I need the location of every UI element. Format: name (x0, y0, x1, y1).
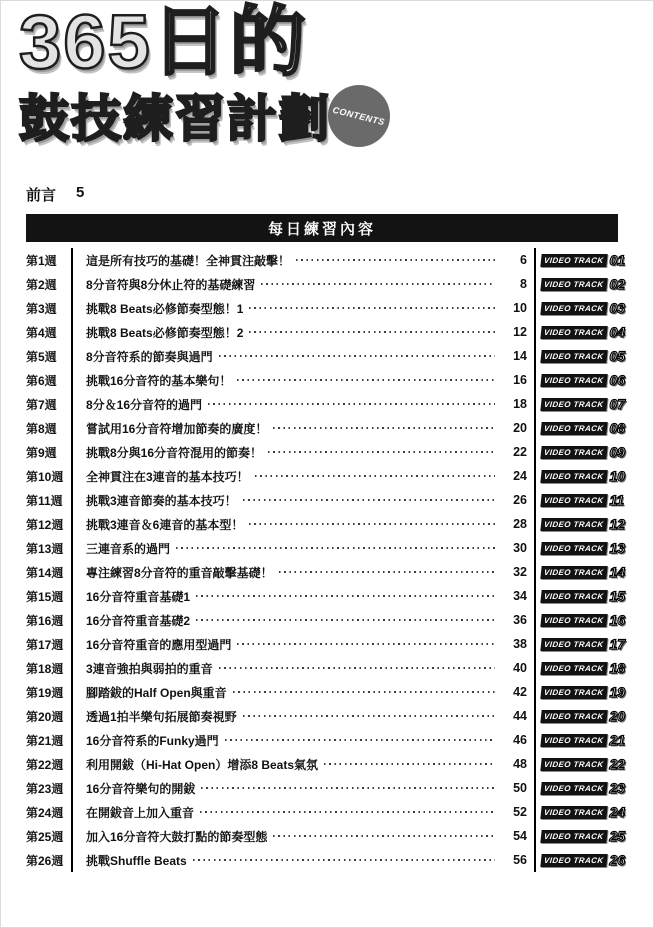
entry-title: 16分音符重音基礎1 (86, 588, 190, 605)
video-track-cell: VIDEO TRACK 04 (534, 320, 649, 344)
video-track-number: 22 (610, 756, 626, 772)
toc-entry: 這是所有技巧的基礎！全神貫注敲擊！ 6 (71, 248, 534, 272)
week-label: 第23週 (26, 776, 71, 800)
week-label: 第11週 (26, 488, 71, 512)
video-track-badge: VIDEO TRACK 21 (541, 732, 625, 748)
preface-row: 前言 5 (26, 184, 84, 205)
entry-page-number: 48 (501, 757, 527, 771)
video-track-number: 06 (610, 372, 626, 388)
toc-row: 第10週 全神貫注在3連音的基本技巧！ 24 VIDEO TRACK 10 (26, 464, 649, 488)
video-track-number: 15 (610, 588, 626, 604)
toc-entry: 挑戰8 Beats必修節奏型態！2 12 (71, 320, 534, 344)
week-label-text: 第22週 (26, 756, 63, 773)
week-label: 第18週 (26, 656, 71, 680)
video-track-cell: VIDEO TRACK 21 (534, 728, 649, 752)
entry-page-number: 10 (501, 301, 527, 315)
entry-page-number: 40 (501, 661, 527, 675)
toc-entry: 3連音強拍與弱拍的重音 40 (71, 656, 534, 680)
toc-row: 第5週 8分音符系的節奏與過門 14 VIDEO TRACK 05 (26, 344, 649, 368)
video-track-cell: VIDEO TRACK 12 (534, 512, 649, 536)
video-track-number: 11 (610, 492, 625, 508)
toc-entry: 加入16分音符大鼓打點的節奏型態 54 (71, 824, 534, 848)
week-label: 第15週 (26, 584, 71, 608)
video-track-number: 21 (610, 732, 626, 748)
dot-leader (249, 307, 495, 309)
video-track-label: VIDEO TRACK (540, 470, 607, 483)
entry-title: 全神貫注在3連音的基本技巧！ (86, 468, 249, 485)
video-track-number: 17 (610, 636, 626, 652)
week-label-text: 第26週 (26, 852, 63, 869)
entry-title: 挑戰16分音符的基本樂句！ (86, 372, 231, 389)
week-label: 第21週 (26, 728, 71, 752)
video-track-cell: VIDEO TRACK 01 (534, 248, 649, 272)
video-track-badge: VIDEO TRACK 07 (541, 396, 625, 412)
entry-title: 挑戰8 Beats必修節奏型態！1 (86, 300, 243, 317)
video-track-badge: VIDEO TRACK 24 (541, 804, 625, 820)
video-track-badge: VIDEO TRACK 09 (541, 444, 625, 460)
video-track-label: VIDEO TRACK (540, 806, 607, 819)
video-track-cell: VIDEO TRACK 03 (534, 296, 649, 320)
video-track-number: 05 (610, 348, 626, 364)
dot-leader (324, 763, 495, 765)
entry-title: 專注練習8分音符的重音敲擊基礎！ (86, 564, 273, 581)
entry-title: 在開鈸音上加入重音 (86, 804, 194, 821)
week-label: 第9週 (26, 440, 71, 464)
toc-row: 第2週 8分音符與8分休止符的基礎練習 8 VIDEO TRACK 02 (26, 272, 649, 296)
video-track-badge: VIDEO TRACK 13 (541, 540, 625, 556)
toc-entry: 利用開鈸（Hi-Hat Open）增添8 Beats氣氛 48 (71, 752, 534, 776)
week-label: 第5週 (26, 344, 71, 368)
toc-entry: 16分音符重音基礎2 36 (71, 608, 534, 632)
video-track-label: VIDEO TRACK (540, 446, 607, 459)
entry-page-number: 20 (501, 421, 527, 435)
entry-page-number: 16 (501, 373, 527, 387)
week-label-text: 第6週 (26, 372, 57, 389)
video-track-number: 16 (610, 612, 626, 628)
entry-page-number: 26 (501, 493, 527, 507)
week-label: 第22週 (26, 752, 71, 776)
toc-entry: 挑戰3連音＆6連音的基本型！ 28 (71, 512, 534, 536)
video-track-badge: VIDEO TRACK 03 (541, 300, 625, 316)
video-track-number: 23 (610, 780, 626, 796)
dot-leader (225, 739, 495, 741)
entry-title: 16分音符系的Funky過門 (86, 732, 219, 749)
toc-row: 第13週 三連音系的過門 30 VIDEO TRACK 13 (26, 536, 649, 560)
entry-title: 8分音符與8分休止符的基礎練習 (86, 276, 255, 293)
book-title: 365日的 鼓技練習計劃 (19, 5, 331, 144)
video-track-cell: VIDEO TRACK 22 (534, 752, 649, 776)
video-track-label: VIDEO TRACK (540, 710, 607, 723)
video-track-label: VIDEO TRACK (540, 782, 607, 795)
toc-row: 第16週 16分音符重音基礎2 36 VIDEO TRACK 16 (26, 608, 649, 632)
video-track-number: 20 (610, 708, 626, 724)
entry-page-number: 12 (501, 325, 527, 339)
video-track-number: 03 (610, 300, 626, 316)
video-track-cell: VIDEO TRACK 13 (534, 536, 649, 560)
dot-leader (193, 859, 495, 861)
week-label: 第10週 (26, 464, 71, 488)
video-track-number: 10 (610, 468, 626, 484)
week-label-text: 第24週 (26, 804, 63, 821)
week-label-text: 第8週 (26, 420, 57, 437)
week-label-text: 第17週 (26, 636, 63, 653)
week-label-text: 第5週 (26, 348, 57, 365)
video-track-cell: VIDEO TRACK 15 (534, 584, 649, 608)
toc-row: 第22週 利用開鈸（Hi-Hat Open）增添8 Beats氣氛 48 VID… (26, 752, 649, 776)
video-track-label: VIDEO TRACK (540, 254, 607, 267)
dot-leader (196, 595, 495, 597)
video-track-number: 19 (610, 684, 626, 700)
dot-leader (219, 355, 495, 357)
week-label-text: 第9週 (26, 444, 57, 461)
video-track-number: 01 (610, 252, 626, 268)
toc-entry: 16分音符樂句的開鈸 50 (71, 776, 534, 800)
video-track-cell: VIDEO TRACK 14 (534, 560, 649, 584)
dot-leader (219, 667, 495, 669)
video-track-badge: VIDEO TRACK 22 (541, 756, 625, 772)
video-track-number: 09 (610, 444, 626, 460)
video-track-number: 14 (610, 564, 626, 580)
dot-leader (243, 499, 495, 501)
toc-entry: 挑戰16分音符的基本樂句！ 16 (71, 368, 534, 392)
video-track-label: VIDEO TRACK (540, 830, 607, 843)
video-track-badge: VIDEO TRACK 05 (541, 348, 625, 364)
week-label: 第13週 (26, 536, 71, 560)
entry-title: 8分音符系的節奏與過門 (86, 348, 213, 365)
video-track-number: 24 (610, 804, 626, 820)
video-track-badge: VIDEO TRACK 20 (541, 708, 625, 724)
week-label: 第16週 (26, 608, 71, 632)
toc-row: 第23週 16分音符樂句的開鈸 50 VIDEO TRACK 23 (26, 776, 649, 800)
dot-leader (176, 547, 495, 549)
week-label-text: 第10週 (26, 468, 63, 485)
toc-entry: 全神貫注在3連音的基本技巧！ 24 (71, 464, 534, 488)
video-track-label: VIDEO TRACK (540, 590, 607, 603)
video-track-cell: VIDEO TRACK 24 (534, 800, 649, 824)
entry-page-number: 56 (501, 853, 527, 867)
video-track-badge: VIDEO TRACK 11 (541, 492, 624, 508)
video-track-number: 07 (610, 396, 626, 412)
week-label: 第4週 (26, 320, 71, 344)
toc-row: 第1週 這是所有技巧的基礎！全神貫注敲擊！ 6 VIDEO TRACK 01 (26, 248, 649, 272)
entry-title: 3連音強拍與弱拍的重音 (86, 660, 213, 677)
entry-page-number: 42 (501, 685, 527, 699)
dot-leader (243, 715, 495, 717)
video-track-cell: VIDEO TRACK 17 (534, 632, 649, 656)
video-track-label: VIDEO TRACK (540, 326, 607, 339)
video-track-cell: VIDEO TRACK 19 (534, 680, 649, 704)
video-track-number: 13 (610, 540, 626, 556)
dot-leader (237, 379, 495, 381)
video-track-badge: VIDEO TRACK 17 (541, 636, 625, 652)
week-label: 第24週 (26, 800, 71, 824)
video-track-number: 12 (610, 516, 626, 532)
entry-page-number: 44 (501, 709, 527, 723)
video-track-label: VIDEO TRACK (540, 758, 607, 771)
toc-row: 第14週 專注練習8分音符的重音敲擊基礎！ 32 VIDEO TRACK 14 (26, 560, 649, 584)
week-label-text: 第12週 (26, 516, 63, 533)
week-label-text: 第3週 (26, 300, 57, 317)
video-track-label: VIDEO TRACK (540, 662, 607, 675)
week-label: 第2週 (26, 272, 71, 296)
week-label-text: 第13週 (26, 540, 63, 557)
video-track-cell: VIDEO TRACK 10 (534, 464, 649, 488)
dot-leader (200, 811, 495, 813)
video-track-label: VIDEO TRACK (540, 542, 607, 555)
entry-title: 挑戰8 Beats必修節奏型態！2 (86, 324, 243, 341)
video-track-label: VIDEO TRACK (540, 638, 607, 651)
entry-page-number: 52 (501, 805, 527, 819)
toc-row: 第12週 挑戰3連音＆6連音的基本型！ 28 VIDEO TRACK 12 (26, 512, 649, 536)
book-title-line2: 鼓技練習計劃 (19, 94, 331, 144)
week-label: 第3週 (26, 296, 71, 320)
video-track-label: VIDEO TRACK (540, 734, 607, 747)
entry-title: 透過1拍半樂句拓展節奏視野 (86, 708, 237, 725)
dot-leader (273, 835, 495, 837)
toc-row: 第11週 挑戰3連音節奏的基本技巧！ 26 VIDEO TRACK 11 (26, 488, 649, 512)
dot-leader (279, 571, 495, 573)
entry-title: 挑戰8分與16分音符混用的節奏！ (86, 444, 262, 461)
video-track-cell: VIDEO TRACK 06 (534, 368, 649, 392)
week-label: 第12週 (26, 512, 71, 536)
video-track-badge: VIDEO TRACK 23 (541, 780, 625, 796)
entry-title: 腳踏鈸的Half Open與重音 (86, 684, 227, 701)
toc-row: 第15週 16分音符重音基礎1 34 VIDEO TRACK 15 (26, 584, 649, 608)
toc-entry: 挑戰8 Beats必修節奏型態！1 10 (71, 296, 534, 320)
video-track-number: 26 (610, 852, 626, 868)
video-track-badge: VIDEO TRACK 14 (541, 564, 625, 580)
toc-entry: 透過1拍半樂句拓展節奏視野 44 (71, 704, 534, 728)
dot-leader (208, 403, 495, 405)
video-track-label: VIDEO TRACK (540, 614, 607, 627)
video-track-number: 08 (610, 420, 626, 436)
toc-entry: 8分＆16分音符的過門 18 (71, 392, 534, 416)
entry-page-number: 36 (501, 613, 527, 627)
entry-title: 16分音符重音基礎2 (86, 612, 190, 629)
video-track-number: 02 (610, 276, 626, 292)
toc-entry: 嘗試用16分音符增加節奏的廣度！ 20 (71, 416, 534, 440)
week-label-text: 第20週 (26, 708, 63, 725)
video-track-badge: VIDEO TRACK 08 (541, 420, 625, 436)
toc-entry: 挑戰Shuffle Beats 56 (71, 848, 534, 872)
dot-leader (249, 331, 495, 333)
toc-entry: 三連音系的過門 30 (71, 536, 534, 560)
video-track-cell: VIDEO TRACK 11 (534, 488, 649, 512)
video-track-label: VIDEO TRACK (540, 374, 607, 387)
entry-title: 16分音符重音的應用型過門 (86, 636, 231, 653)
dot-leader (261, 283, 495, 285)
toc-row: 第17週 16分音符重音的應用型過門 38 VIDEO TRACK 17 (26, 632, 649, 656)
video-track-badge: VIDEO TRACK 19 (541, 684, 625, 700)
entry-title: 加入16分音符大鼓打點的節奏型態 (86, 828, 267, 845)
entry-title: 8分＆16分音符的過門 (86, 396, 202, 413)
toc-row: 第4週 挑戰8 Beats必修節奏型態！2 12 VIDEO TRACK 04 (26, 320, 649, 344)
toc-entry: 16分音符重音基礎1 34 (71, 584, 534, 608)
entry-page-number: 24 (501, 469, 527, 483)
video-track-label: VIDEO TRACK (540, 518, 607, 531)
video-track-number: 18 (610, 660, 626, 676)
video-track-label: VIDEO TRACK (540, 494, 607, 507)
dot-leader (233, 691, 495, 693)
video-track-label: VIDEO TRACK (540, 686, 607, 699)
week-label-text: 第4週 (26, 324, 57, 341)
toc-entry: 腳踏鈸的Half Open與重音 42 (71, 680, 534, 704)
entry-title: 這是所有技巧的基礎！全神貫注敲擊！ (86, 252, 290, 269)
entry-page-number: 6 (501, 253, 527, 267)
entry-page-number: 14 (501, 349, 527, 363)
week-label-text: 第25週 (26, 828, 63, 845)
video-track-number: 25 (610, 828, 626, 844)
video-track-cell: VIDEO TRACK 16 (534, 608, 649, 632)
toc-row: 第26週 挑戰Shuffle Beats 56 VIDEO TRACK 26 (26, 848, 649, 872)
toc-row: 第7週 8分＆16分音符的過門 18 VIDEO TRACK 07 (26, 392, 649, 416)
video-track-cell: VIDEO TRACK 20 (534, 704, 649, 728)
dot-leader (268, 451, 495, 453)
week-label-text: 第2週 (26, 276, 57, 293)
video-track-label: VIDEO TRACK (540, 350, 607, 363)
dot-leader (196, 619, 495, 621)
video-track-cell: VIDEO TRACK 09 (534, 440, 649, 464)
video-track-cell: VIDEO TRACK 07 (534, 392, 649, 416)
video-track-badge: VIDEO TRACK 15 (541, 588, 625, 604)
toc-row: 第8週 嘗試用16分音符增加節奏的廣度！ 20 VIDEO TRACK 08 (26, 416, 649, 440)
entry-page-number: 38 (501, 637, 527, 651)
entry-page-number: 32 (501, 565, 527, 579)
toc-entry: 專注練習8分音符的重音敲擊基礎！ 32 (71, 560, 534, 584)
entry-title: 16分音符樂句的開鈸 (86, 780, 195, 797)
entry-title: 三連音系的過門 (86, 540, 170, 557)
video-track-label: VIDEO TRACK (540, 302, 607, 315)
video-track-label: VIDEO TRACK (540, 278, 607, 291)
entry-page-number: 8 (501, 277, 527, 291)
entry-page-number: 46 (501, 733, 527, 747)
entry-page-number: 28 (501, 517, 527, 531)
entry-title: 挑戰3連音＆6連音的基本型！ (86, 516, 243, 533)
video-track-badge: VIDEO TRACK 25 (541, 828, 625, 844)
toc-row: 第20週 透過1拍半樂句拓展節奏視野 44 VIDEO TRACK 20 (26, 704, 649, 728)
week-label: 第26週 (26, 848, 71, 872)
entry-page-number: 18 (501, 397, 527, 411)
week-label-text: 第15週 (26, 588, 63, 605)
video-track-label: VIDEO TRACK (540, 398, 607, 411)
entry-title: 嘗試用16分音符增加節奏的廣度！ (86, 420, 267, 437)
video-track-badge: VIDEO TRACK 04 (541, 324, 625, 340)
toc-entry: 8分音符與8分休止符的基礎練習 8 (71, 272, 534, 296)
toc-row: 第3週 挑戰8 Beats必修節奏型態！1 10 VIDEO TRACK 03 (26, 296, 649, 320)
video-track-label: VIDEO TRACK (540, 422, 607, 435)
video-track-badge: VIDEO TRACK 10 (541, 468, 625, 484)
preface-page-number: 5 (76, 184, 84, 205)
video-track-cell: VIDEO TRACK 23 (534, 776, 649, 800)
week-label-text: 第18週 (26, 660, 63, 677)
toc-row: 第21週 16分音符系的Funky過門 46 VIDEO TRACK 21 (26, 728, 649, 752)
video-track-badge: VIDEO TRACK 06 (541, 372, 625, 388)
entry-page-number: 34 (501, 589, 527, 603)
week-label: 第17週 (26, 632, 71, 656)
contents-badge: CONTENTS (328, 85, 390, 147)
video-track-cell: VIDEO TRACK 08 (534, 416, 649, 440)
entry-title: 利用開鈸（Hi-Hat Open）增添8 Beats氣氛 (86, 756, 318, 773)
entry-title: 挑戰3連音節奏的基本技巧！ (86, 492, 237, 509)
week-label: 第14週 (26, 560, 71, 584)
toc-row: 第25週 加入16分音符大鼓打點的節奏型態 54 VIDEO TRACK 25 (26, 824, 649, 848)
video-track-cell: VIDEO TRACK 26 (534, 848, 649, 872)
section-header-bar: 每日練習內容 (26, 214, 618, 242)
section-header-title: 每日練習內容 (268, 218, 376, 239)
dot-leader (237, 643, 495, 645)
week-label: 第8週 (26, 416, 71, 440)
dot-leader (296, 259, 495, 261)
video-track-label: VIDEO TRACK (540, 566, 607, 579)
week-label-text: 第21週 (26, 732, 63, 749)
book-contents-page: 365日的 鼓技練習計劃 CONTENTS 前言 5 每日練習內容 第1週 這是… (0, 0, 654, 928)
video-track-badge: VIDEO TRACK 26 (541, 852, 625, 868)
entry-page-number: 50 (501, 781, 527, 795)
toc-entry: 8分音符系的節奏與過門 14 (71, 344, 534, 368)
contents-badge-label: CONTENTS (332, 105, 386, 128)
week-label-text: 第14週 (26, 564, 63, 581)
week-label-text: 第7週 (26, 396, 57, 413)
video-track-cell: VIDEO TRACK 02 (534, 272, 649, 296)
week-label-text: 第1週 (26, 252, 57, 269)
toc-entry: 挑戰3連音節奏的基本技巧！ 26 (71, 488, 534, 512)
week-label-text: 第23週 (26, 780, 63, 797)
video-track-cell: VIDEO TRACK 25 (534, 824, 649, 848)
video-track-label: VIDEO TRACK (540, 854, 607, 867)
toc-entry: 挑戰8分與16分音符混用的節奏！ 22 (71, 440, 534, 464)
video-track-badge: VIDEO TRACK 12 (541, 516, 625, 532)
table-of-contents: 第1週 這是所有技巧的基礎！全神貫注敲擊！ 6 VIDEO TRACK 01 第 (26, 248, 649, 872)
week-label-text: 第16週 (26, 612, 63, 629)
dot-leader (255, 475, 495, 477)
dot-leader (201, 787, 495, 789)
entry-title: 挑戰Shuffle Beats (86, 852, 187, 869)
week-label-text: 第19週 (26, 684, 63, 701)
video-track-badge: VIDEO TRACK 01 (541, 252, 625, 268)
video-track-badge: VIDEO TRACK 16 (541, 612, 625, 628)
video-track-number: 04 (610, 324, 626, 340)
week-label: 第7週 (26, 392, 71, 416)
entry-page-number: 30 (501, 541, 527, 555)
toc-entry: 16分音符系的Funky過門 46 (71, 728, 534, 752)
dot-leader (249, 523, 495, 525)
video-track-cell: VIDEO TRACK 05 (534, 344, 649, 368)
toc-row: 第18週 3連音強拍與弱拍的重音 40 VIDEO TRACK 18 (26, 656, 649, 680)
entry-page-number: 22 (501, 445, 527, 459)
toc-row: 第6週 挑戰16分音符的基本樂句！ 16 VIDEO TRACK 06 (26, 368, 649, 392)
week-label: 第6週 (26, 368, 71, 392)
week-label: 第25週 (26, 824, 71, 848)
toc-row: 第19週 腳踏鈸的Half Open與重音 42 VIDEO TRACK 19 (26, 680, 649, 704)
toc-entry: 在開鈸音上加入重音 52 (71, 800, 534, 824)
preface-label: 前言 (26, 184, 56, 205)
toc-row: 第24週 在開鈸音上加入重音 52 VIDEO TRACK 24 (26, 800, 649, 824)
week-label: 第19週 (26, 680, 71, 704)
toc-entry: 16分音符重音的應用型過門 38 (71, 632, 534, 656)
video-track-badge: VIDEO TRACK 02 (541, 276, 625, 292)
week-label-text: 第11週 (26, 492, 63, 509)
entry-page-number: 54 (501, 829, 527, 843)
video-track-badge: VIDEO TRACK 18 (541, 660, 625, 676)
dot-leader (273, 427, 495, 429)
toc-row: 第9週 挑戰8分與16分音符混用的節奏！ 22 VIDEO TRACK 09 (26, 440, 649, 464)
book-title-line1: 365日的 (19, 5, 331, 81)
week-label: 第1週 (26, 248, 71, 272)
video-track-cell: VIDEO TRACK 18 (534, 656, 649, 680)
week-label: 第20週 (26, 704, 71, 728)
